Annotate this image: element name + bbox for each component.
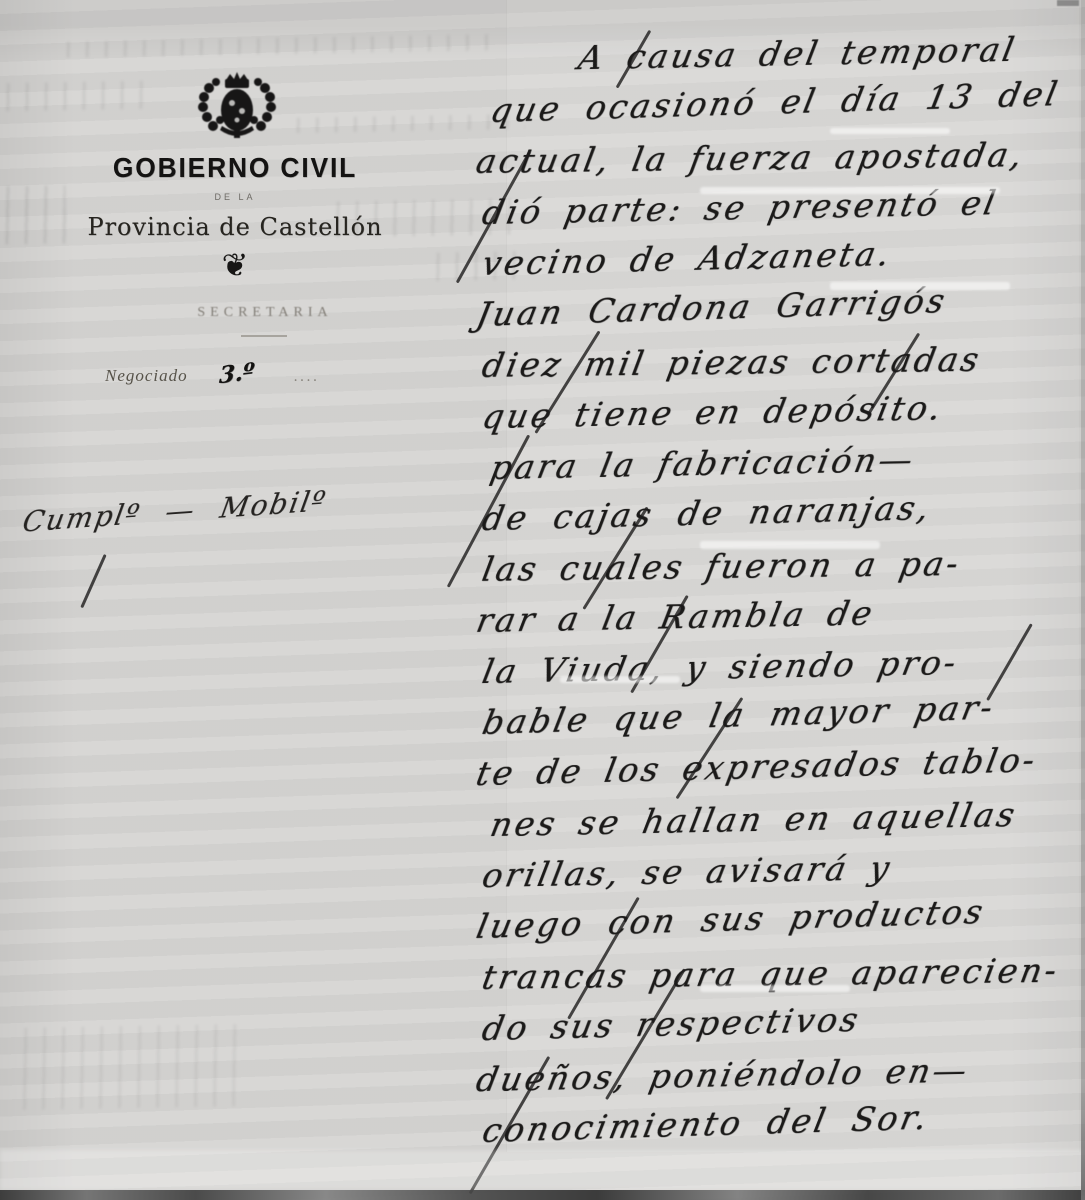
scan-highlight-streak <box>700 985 850 992</box>
scan-highlight-streak <box>830 128 950 134</box>
scan-bottom-light-band <box>0 1150 1085 1190</box>
negociado-row: Negociado 3.º .... <box>105 360 435 400</box>
scan-corner-speck <box>1057 0 1079 6</box>
coat-of-arms-icon <box>182 70 292 140</box>
letterhead-province: Provincia de Castellón <box>40 213 430 241</box>
scan-highlight-streak <box>560 676 680 683</box>
scan-highlight-streak <box>700 541 880 549</box>
negociado-number-handwritten: 3.º <box>218 358 255 390</box>
scan-highlight-streak <box>700 187 1000 194</box>
negociado-label: Negociado <box>105 366 188 385</box>
letterhead-title: GOBIERNO CIVIL <box>94 152 376 184</box>
letterhead: GOBIERNO CIVIL DE LA Provincia de Castel… <box>0 0 480 620</box>
scan-right-edge <box>1081 0 1085 1200</box>
margin-annotation-handwritten: Cumplº — Mobilº <box>20 473 485 539</box>
scanned-document-page: GOBIERNO CIVIL DE LA Provincia de Castel… <box>0 0 1085 1200</box>
fleuron-icon <box>85 246 385 284</box>
letterhead-office: SECRETARIA <box>115 305 415 321</box>
bleedthrough-smudge <box>17 1024 243 1110</box>
letterhead-subtitle: DE LA <box>85 192 385 202</box>
scan-highlight-streak <box>830 282 1010 290</box>
negociado-dotted-line: .... <box>293 369 319 385</box>
office-rule <box>241 335 287 337</box>
scan-bottom-edge <box>0 1190 1085 1200</box>
